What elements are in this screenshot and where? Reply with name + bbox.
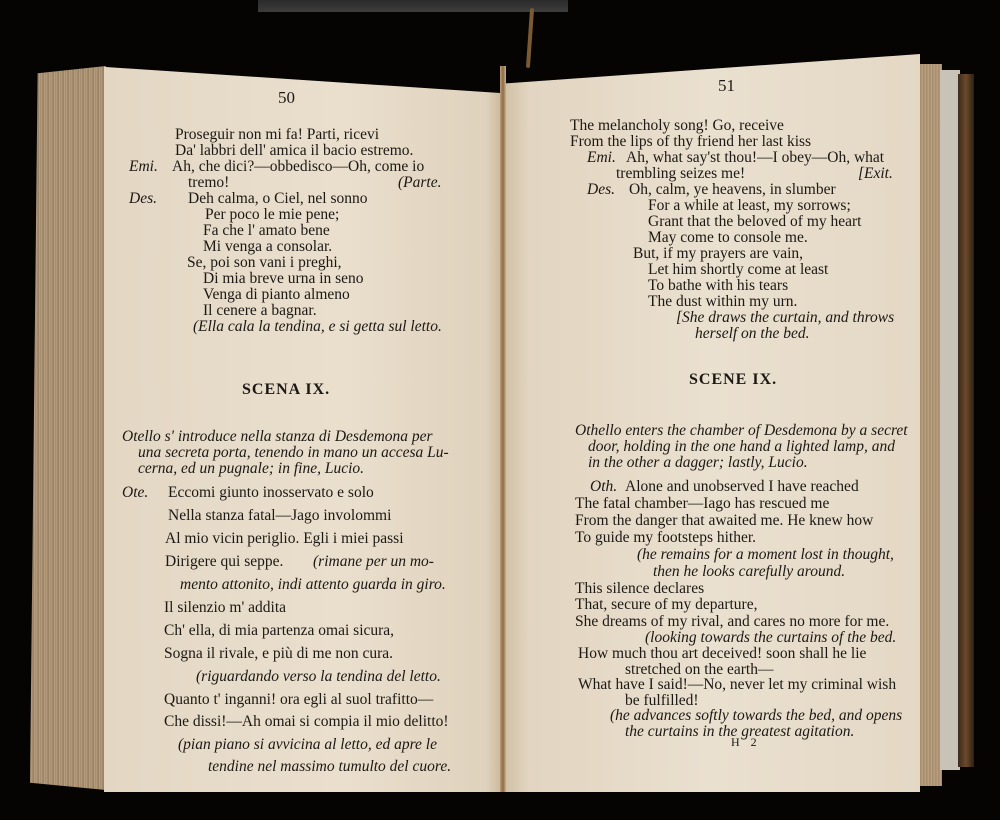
bookmark-string — [526, 8, 534, 68]
book-cover-top — [258, 0, 568, 12]
text-line: Sogna il rivale, e più di me non cura. — [164, 645, 393, 663]
text-line: To guide my footsteps hither. — [575, 529, 756, 547]
text-line: (Ella cala la tendina, e si getta sul le… — [193, 318, 442, 336]
text-line: then he looks carefully around. — [653, 563, 845, 581]
text-line: Oth. — [590, 478, 617, 496]
text-line: Che dissi!—Ah omai si compia il mio deli… — [164, 713, 449, 731]
text-line: mento attonito, indi attento guarda in g… — [180, 576, 446, 594]
text-line: Ch' ella, di mia partenza omai sicura, — [164, 622, 394, 640]
text-line: (pian piano si avvicina al letto, ed apr… — [178, 736, 437, 754]
leather-cover — [958, 74, 974, 767]
text-line: Dirigere qui seppe. — [165, 553, 283, 571]
page-stack — [918, 64, 942, 786]
text-line: (he remains for a moment lost in thought… — [637, 546, 894, 564]
text-line: Ote. — [122, 484, 148, 502]
text-line: (rimane per un mo- — [313, 553, 434, 571]
text-line: Eccomi giunto inosservato e solo — [168, 484, 374, 502]
text-line: in the other a dagger; lastly, Lucio. — [588, 454, 808, 472]
text-line: The fatal chamber—Iago has rescued me — [575, 495, 829, 513]
text-line: Alone and unobserved I have reached — [625, 478, 859, 496]
scene-heading-english: SCENE IX. — [689, 371, 777, 389]
text-line: Nella stanza fatal—Jago involommi — [168, 507, 391, 525]
text-line: (riguardando verso la tendina del letto. — [196, 668, 441, 686]
text-line: From the danger that awaited me. He knew… — [575, 512, 873, 530]
page-edges-right — [918, 64, 978, 786]
book-gutter — [500, 66, 506, 792]
text-line: Emi. — [587, 149, 616, 167]
scene-heading-italian: SCENA IX. — [242, 381, 330, 399]
text-line: Il silenzio m' addita — [164, 599, 286, 617]
text-line: Des. — [129, 190, 157, 208]
text-line: (Parte. — [398, 174, 441, 192]
text-line: tendine nel massimo tumulto del cuore. — [208, 758, 451, 776]
text-line: Quanto t' inganni! ora egli al suol traf… — [164, 691, 433, 709]
text-line: Al mio vicin periglio. Egli i miei passi — [165, 530, 404, 548]
text-line: herself on the bed. — [695, 325, 810, 343]
text-line: Des. — [587, 181, 615, 199]
flyleaf — [940, 70, 960, 770]
page-number-left: 50 — [278, 88, 295, 108]
page-number-right: 51 — [718, 76, 735, 96]
text-line: the curtains in the greatest agitation. — [625, 723, 854, 741]
page-edges-left — [30, 66, 106, 790]
text-line: Emi. — [129, 158, 158, 176]
text-line: [Exit. — [858, 165, 893, 183]
text-line: That, secure of my departure, — [575, 596, 757, 614]
text-line: cerna, ed un pugnale; in fine, Lucio. — [138, 460, 364, 478]
